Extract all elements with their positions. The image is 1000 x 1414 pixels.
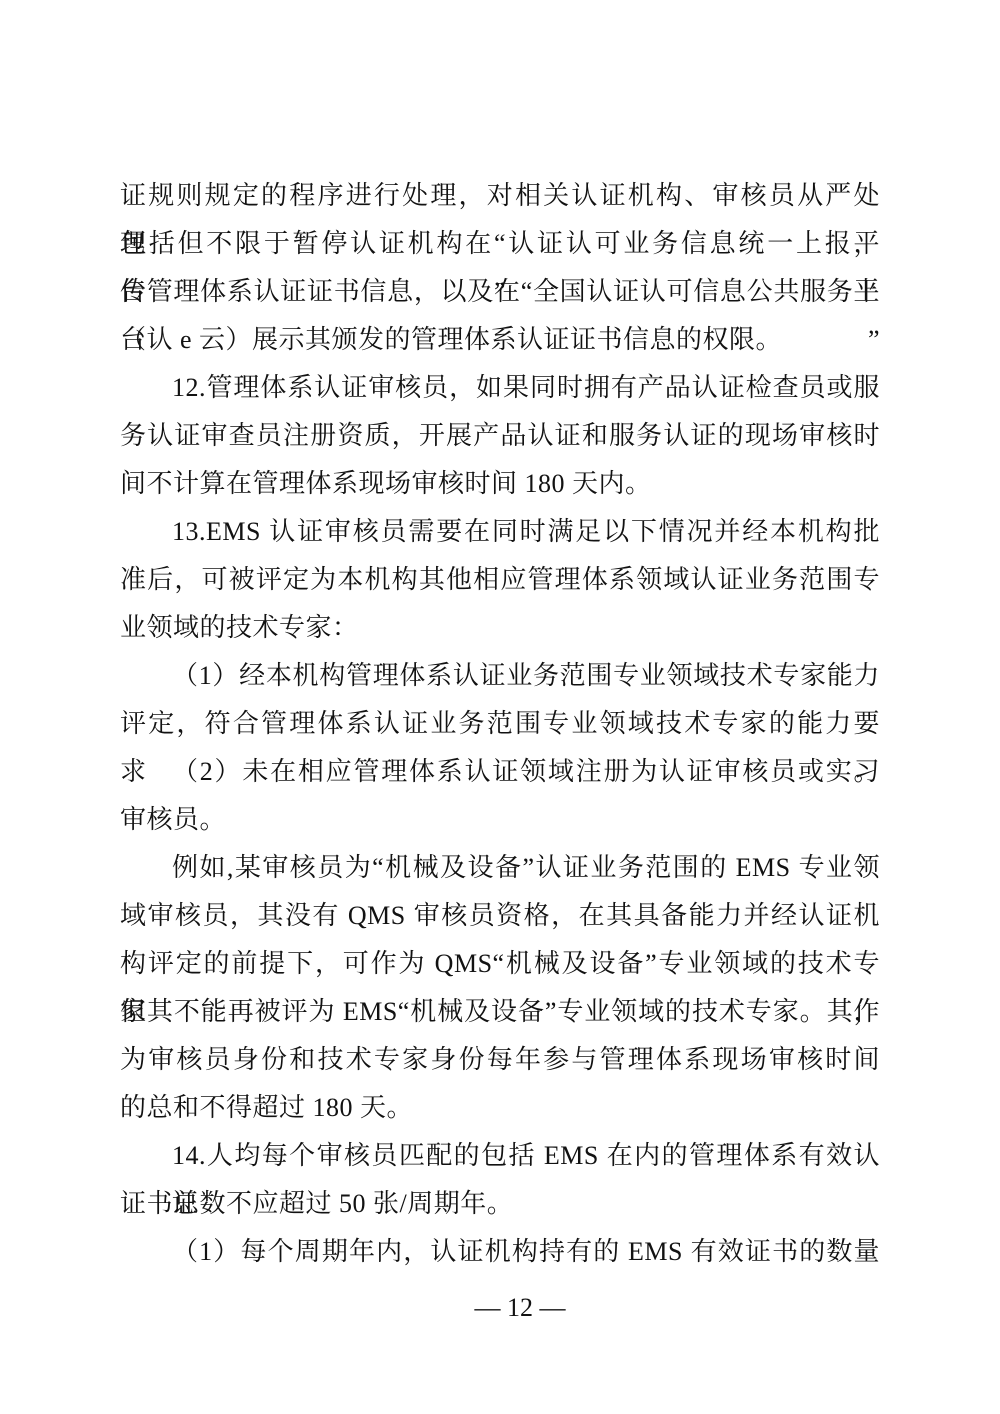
document-page: 证规则规定的程序进行处理，对相关认证机构、审核员从严处理，包括但不限于暂停认证机… — [0, 0, 1000, 1414]
text-line: 但其不能再被评为 EMS“机械及设备”专业领域的技术专家。其作 — [120, 988, 880, 1036]
text-line: 评定，符合管理体系认证业务范围专业领域技术专家的能力要求。 — [120, 700, 880, 748]
text-line: 间不计算在管理体系现场审核时间 180 天内。 — [120, 460, 880, 508]
text-line: （1）每个周期年内，认证机构持有的 EMS 有效证书的数量 — [120, 1228, 880, 1276]
text-line: 14.人均每个审核员匹配的包括 EMS 在内的管理体系有效认证 — [120, 1132, 880, 1180]
text-line: （认 e 云）展示其颁发的管理体系认证证书信息的权限。 — [120, 316, 880, 364]
text-line: （1）经本机构管理体系认证业务范围专业领域技术专家能力 — [120, 652, 880, 700]
text-line: 务认证审查员注册资质，开展产品认证和服务认证的现场审核时 — [120, 412, 880, 460]
text-line: 域审核员，其没有 QMS 审核员资格，在其具备能力并经认证机 — [120, 892, 880, 940]
text-line: 为审核员身份和技术专家身份每年参与管理体系现场审核时间 — [120, 1036, 880, 1084]
text-line: 包括但不限于暂停认证机构在“认证认可业务信息统一上报平台”上 — [120, 220, 880, 268]
text-line: 证规则规定的程序进行处理，对相关认证机构、审核员从严处理， — [120, 172, 880, 220]
text-line: 审核员。 — [120, 796, 880, 844]
text-line: 证书总数不应超过 50 张/周期年。 — [120, 1180, 880, 1228]
text-line: 业领域的技术专家： — [120, 604, 880, 652]
text-line: 12.管理体系认证审核员，如果同时拥有产品认证检查员或服 — [120, 364, 880, 412]
text-line: 的总和不得超过 180 天。 — [120, 1084, 880, 1132]
text-line: 构评定的前提下，可作为 QMS“机械及设备”专业领域的技术专家， — [120, 940, 880, 988]
page-number: — 12 — — [20, 1290, 1000, 1326]
text-line: （2）未在相应管理体系认证领域注册为认证审核员或实习 — [120, 748, 880, 796]
text-line: 传管理体系认证证书信息，以及在“全国认证认可信息公共服务平台” — [120, 268, 880, 316]
text-line: 例如,某审核员为“机械及设备”认证业务范围的 EMS 专业领 — [120, 844, 880, 892]
text-body: 证规则规定的程序进行处理，对相关认证机构、审核员从严处理，包括但不限于暂停认证机… — [120, 172, 880, 1276]
text-line: 13.EMS 认证审核员需要在同时满足以下情况并经本机构批 — [120, 508, 880, 556]
text-line: 准后，可被评定为本机构其他相应管理体系领域认证业务范围专 — [120, 556, 880, 604]
